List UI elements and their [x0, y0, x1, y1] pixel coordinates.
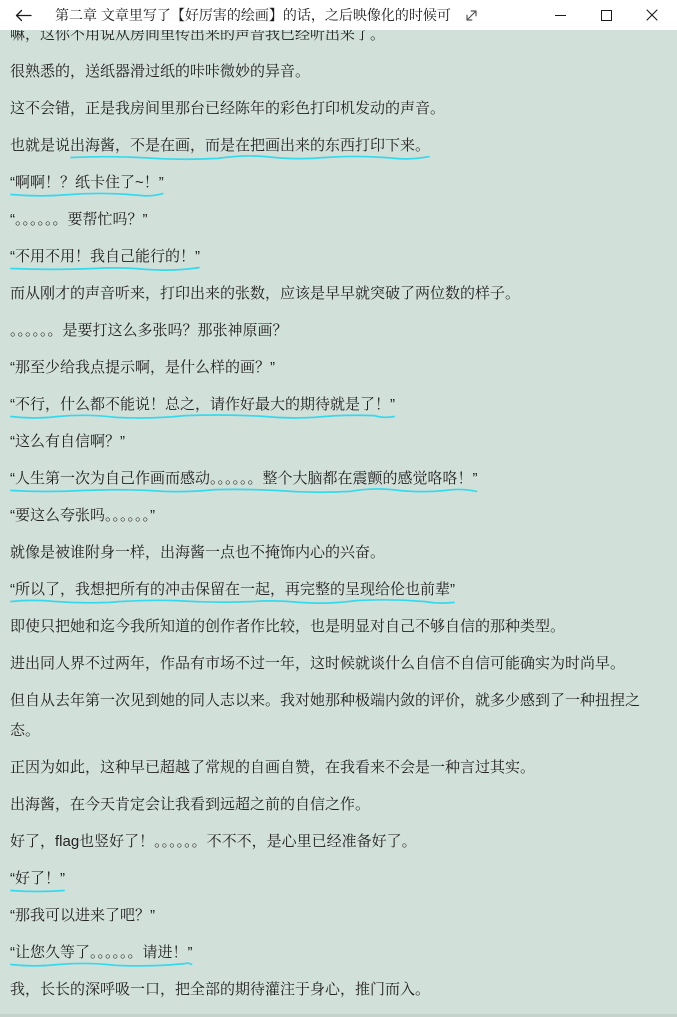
annotation-underline: [10, 412, 395, 421]
chapter-title: 第二章 文章里写了【好厉害的绘画】的话，之后映像化的时候可: [55, 5, 451, 25]
paragraph: “啊啊！？纸卡住了~！”: [10, 168, 653, 198]
back-arrow-icon: [15, 9, 32, 22]
paragraph-text: “所以了，我想把所有的冲击保留在一起，再完整的呈现给伦也前辈”: [10, 581, 455, 598]
expand-diagonal-icon: [464, 8, 479, 23]
paragraph-text: “那我可以进来了吧？”: [10, 907, 155, 924]
paragraph-text: 就像是被谁附身一样，出海酱一点也不掩饰内心的兴奋。: [10, 544, 385, 561]
paragraph: 好了，flag也竖好了！。。。。。。不不不，是心里已经准备好了。: [10, 827, 653, 857]
paragraph: 正因为如此，这种早已超越了常规的自画自赞，在我看来不会是一种言过其实。: [10, 753, 653, 783]
paragraph-text: 我，长长的深呼吸一口，把全部的期待灌注于身心，推门而入。: [10, 981, 430, 998]
paragraph-text: “那至少给我点提示啊，是什么样的画？”: [10, 359, 275, 376]
paragraph: 也就是说出海酱，不是在画，而是在把画出来的东西打印下来。: [10, 131, 653, 161]
paragraph-text: 但自从去年第一次见到她的同人志以来。我对她那种极端内敛的评价，就多少感到了一种扭…: [10, 692, 640, 739]
paragraph: 但自从去年第一次见到她的同人志以来。我对她那种极端内敛的评价，就多少感到了一种扭…: [10, 686, 653, 746]
paragraph: “好了！”: [10, 864, 653, 894]
annotation-underline: [10, 886, 65, 895]
paragraph: 嘛，这你不用说从房间里传出来的声音我已经听出来了。: [10, 30, 653, 50]
paragraph: “所以了，我想把所有的冲击保留在一起，再完整的呈现给伦也前辈”: [10, 575, 653, 605]
paragraph-text: “不用不用！我自己能行的！”: [10, 248, 200, 265]
back-button[interactable]: [8, 0, 38, 30]
paragraph-text: “啊啊！？纸卡住了~！”: [10, 174, 164, 191]
paragraph: “这么有自信啊？”: [10, 427, 653, 457]
paragraph-text: 好了，flag也竖好了！。。。。。。不不不，是心里已经准备好了。: [10, 833, 417, 850]
paragraph: 而从刚才的声音听来，打印出来的张数，应该是早早就突破了两位数的样子。: [10, 279, 653, 309]
window-controls: [537, 0, 675, 30]
reader-window: 第二章 文章里写了【好厉害的绘画】的话，之后映像化的时候可 嘛，这你不用说从房间…: [0, 0, 677, 1017]
maximize-icon: [601, 10, 612, 21]
annotation-underline: [10, 960, 193, 969]
paragraph: 即使只把她和迄今我所知道的创作者作比较，也是明显对自己不够自信的那种类型。: [10, 612, 653, 642]
maximize-button[interactable]: [583, 0, 629, 30]
paragraph: 出海酱，在今天肯定会让我看到远超之前的自信之作。: [10, 790, 653, 820]
annotation-underline: [10, 597, 455, 606]
minimize-button[interactable]: [537, 0, 583, 30]
close-button[interactable]: [629, 0, 675, 30]
paragraph-text: 出海酱，在今天肯定会让我看到远超之前的自信之作。: [10, 796, 370, 813]
paragraph-text: “人生第一次为自己作画而感动。。。。。。整个大脑都在震颤的感觉咯咯！”: [10, 470, 478, 487]
paragraph-text: 也就是说出海酱，不是在画，而是在把画出来的东西打印下来。: [10, 137, 430, 154]
paragraph: 很熟悉的，送纸器滑过纸的咔咔微妙的异音。: [10, 57, 653, 87]
reading-area[interactable]: 嘛，这你不用说从房间里传出来的声音我已经听出来了。很熟悉的，送纸器滑过纸的咔咔微…: [0, 30, 677, 1017]
paragraph: “。。。。。。要帮忙吗？”: [10, 205, 653, 235]
paragraph: 就像是被谁附身一样，出海酱一点也不掩饰内心的兴奋。: [10, 538, 653, 568]
paragraph-text: 即使只把她和迄今我所知道的创作者作比较，也是明显对自己不够自信的那种类型。: [10, 618, 565, 635]
paragraph: 我，长长的深呼吸一口，把全部的期待灌注于身心，推门而入。: [10, 975, 653, 1005]
titlebar: 第二章 文章里写了【好厉害的绘画】的话，之后映像化的时候可: [0, 0, 677, 30]
paragraph-text: “好了！”: [10, 870, 65, 887]
paragraph-text: “不行，什么都不能说！总之，请作好最大的期待就是了！”: [10, 396, 395, 413]
paragraph-text: 正因为如此，这种早已超越了常规的自画自赞，在我看来不会是一种言过其实。: [10, 759, 535, 776]
paragraph-text: 这不会错，正是我房间里那台已经陈年的彩色打印机发动的声音。: [10, 100, 445, 117]
paragraph: “不用不用！我自己能行的！”: [10, 242, 653, 272]
paragraph-text: 进出同人界不过两年，作品有市场不过一年，这时候就谈什么自信不自信可能确实为时尚早…: [10, 655, 625, 672]
paragraph: 。。。。。。是要打这么多张吗？那张神原画？: [10, 316, 653, 346]
annotation-underline: [70, 153, 430, 162]
annotation-underline: [10, 486, 478, 495]
paragraph-text: 。。。。。。是要打这么多张吗？那张神原画？: [10, 322, 288, 339]
paragraph: 这不会错，正是我房间里那台已经陈年的彩色打印机发动的声音。: [10, 94, 653, 124]
paragraph: “人生第一次为自己作画而感动。。。。。。整个大脑都在震颤的感觉咯咯！”: [10, 464, 653, 494]
minimize-icon: [555, 15, 566, 16]
paragraph: “那至少给我点提示啊，是什么样的画？”: [10, 353, 653, 383]
paragraph-text: “这么有自信啊？”: [10, 433, 125, 450]
paragraph: 进出同人界不过两年，作品有市场不过一年，这时候就谈什么自信不自信可能确实为时尚早…: [10, 649, 653, 679]
paragraph-text: 很熟悉的，送纸器滑过纸的咔咔微妙的异音。: [10, 63, 310, 80]
paragraph-text: “让您久等了。。。。。。请进！”: [10, 944, 193, 961]
paragraph: “那我可以进来了吧？”: [10, 901, 653, 931]
paragraph-text: 而从刚才的声音听来，打印出来的张数，应该是早早就突破了两位数的样子。: [10, 285, 520, 302]
annotation-underline: [10, 190, 164, 199]
annotation-underline: [10, 264, 200, 273]
paragraph-text: “。。。。。。要帮忙吗？”: [10, 211, 148, 228]
paragraph: “不行，什么都不能说！总之，请作好最大的期待就是了！”: [10, 390, 653, 420]
paragraph: “让您久等了。。。。。。请进！”: [10, 938, 653, 968]
close-icon: [646, 9, 658, 21]
paragraph: “要这么夸张吗。。。。。。”: [10, 501, 653, 531]
expand-button[interactable]: [459, 0, 485, 30]
paragraph-text: “要这么夸张吗。。。。。。”: [10, 507, 155, 524]
paragraph-text: 嘛，这你不用说从房间里传出来的声音我已经听出来了。: [10, 30, 385, 43]
